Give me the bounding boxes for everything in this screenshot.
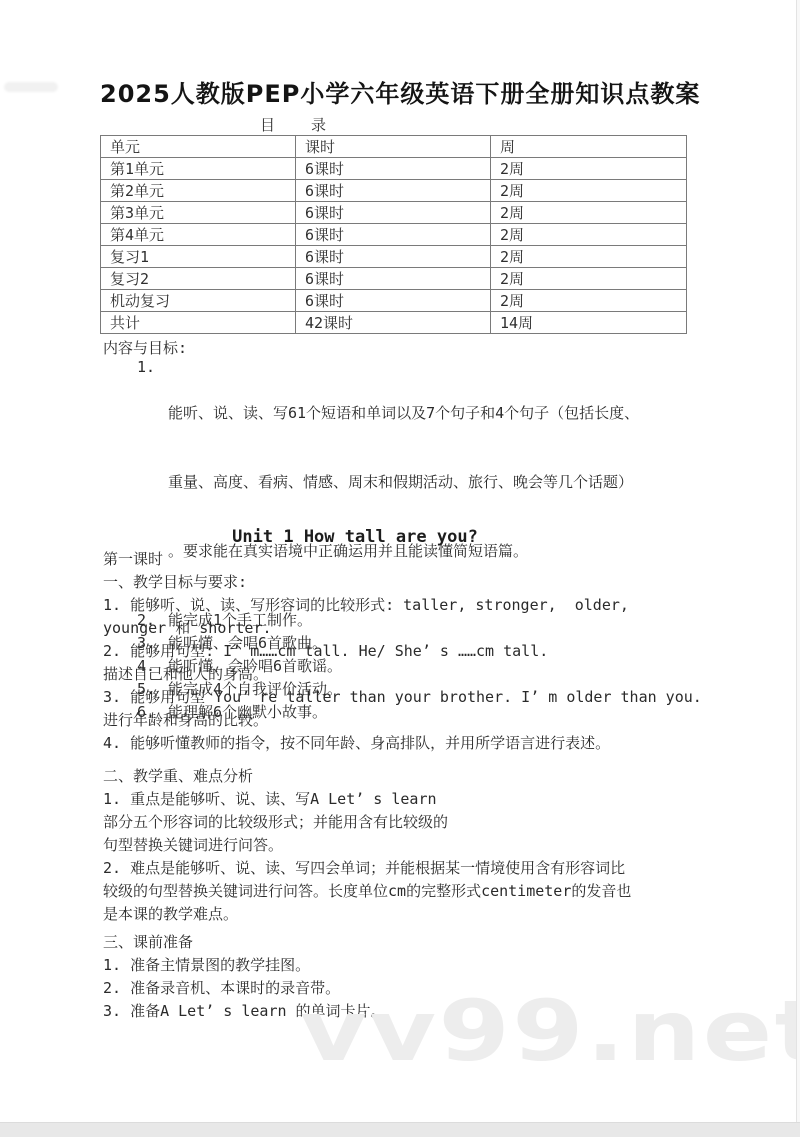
- goals-heading: 内容与目标:: [103, 337, 187, 358]
- body-line: 2. 难点是能够听、说、读、写四会单词；并能根据某一情境使用含有形容词比: [103, 857, 703, 880]
- document-page: 2025人教版PEP小学六年级英语下册全册知识点教案 目 录 单元 课时 周 第…: [0, 0, 800, 1137]
- unit-body: 第一课时 一、教学目标与要求: 1. 能够听、说、读、写形容词的比较形式: ta…: [103, 548, 703, 1023]
- body-line: 描述自己和他人的身高。: [103, 663, 703, 686]
- body-line: 较级的句型替换关键词进行问答。长度单位cm的完整形式centimeter的发音也: [103, 880, 703, 903]
- table-cell: 42课时: [296, 312, 491, 334]
- body-line: 4. 能够听懂教师的指令，按不同年龄、身高排队，并用所学语言进行表述。: [103, 732, 703, 755]
- section-heading: 三、课前准备: [103, 931, 703, 954]
- table-cell: 6课时: [296, 224, 491, 246]
- table-cell: 共计: [101, 312, 296, 334]
- table-cell: 2周: [491, 290, 687, 312]
- table-cell: 第4单元: [101, 224, 296, 246]
- table-cell: 6课时: [296, 158, 491, 180]
- table-cell: 6课时: [296, 246, 491, 268]
- scan-smudge: [4, 82, 58, 92]
- table-row: 第1单元 6课时 2周: [101, 158, 687, 180]
- section-heading: 二、教学重、难点分析: [103, 765, 703, 788]
- table-cell: 2周: [491, 202, 687, 224]
- table-row: 第3单元 6课时 2周: [101, 202, 687, 224]
- table-cell: 6课时: [296, 290, 491, 312]
- table-row: 复习1 6课时 2周: [101, 246, 687, 268]
- goal-line: 重量、高度、看病、情感、周末和假期活动、旅行、晚会等几个话题）: [168, 471, 639, 494]
- table-cell: 2周: [491, 246, 687, 268]
- body-line: 是本课的教学难点。: [103, 903, 703, 926]
- body-line: 1. 重点是能够听、说、读、写A Let’ s learn: [103, 788, 703, 811]
- table-cell: 2周: [491, 268, 687, 290]
- section-heading: 一、教学目标与要求:: [103, 571, 703, 594]
- lesson-title: 第一课时: [103, 548, 703, 571]
- toc-heading: 目 录: [103, 114, 483, 135]
- table-cell: 6课时: [296, 180, 491, 202]
- table-header-cell: 周: [491, 136, 687, 158]
- body-line: 进行年龄和身高的比较。: [103, 709, 703, 732]
- table-cell: 第3单元: [101, 202, 296, 224]
- table-cell: 第2单元: [101, 180, 296, 202]
- page-edge-line: [796, 0, 797, 1122]
- table-cell: 2周: [491, 224, 687, 246]
- table-cell: 复习2: [101, 268, 296, 290]
- table-cell: 14周: [491, 312, 687, 334]
- table-cell: 第1单元: [101, 158, 296, 180]
- body-line: 1. 能够听、说、读、写形容词的比较形式: taller, stronger, …: [103, 594, 703, 617]
- table-cell: 复习1: [101, 246, 296, 268]
- table-row: 复习2 6课时 2周: [101, 268, 687, 290]
- table-cell: 2周: [491, 158, 687, 180]
- body-line: 1. 准备主情景图的教学挂图。: [103, 954, 703, 977]
- table-row: 共计 42课时 14周: [101, 312, 687, 334]
- table-row: 机动复习 6课时 2周: [101, 290, 687, 312]
- table-header-cell: 课时: [296, 136, 491, 158]
- table-header-row: 单元 课时 周: [101, 136, 687, 158]
- watermark: vv99.net: [300, 982, 800, 1080]
- page-title: 2025人教版PEP小学六年级英语下册全册知识点教案: [100, 74, 686, 109]
- table-cell: 机动复习: [101, 290, 296, 312]
- table-cell: 6课时: [296, 202, 491, 224]
- body-line: younger 和 shorter.: [103, 617, 703, 640]
- table-header-cell: 单元: [101, 136, 296, 158]
- bottom-bar: [0, 1122, 800, 1137]
- table-row: 第2单元 6课时 2周: [101, 180, 687, 202]
- body-line: 句型替换关键词进行问答。: [103, 834, 703, 857]
- goal-line: 能听、说、读、写61个短语和单词以及7个句子和4个句子（包括长度、: [168, 402, 639, 425]
- unit-heading: Unit 1 How tall are you?: [100, 527, 610, 547]
- table-cell: 6课时: [296, 268, 491, 290]
- toc-table: 单元 课时 周 第1单元 6课时 2周 第2单元 6课时 2周 第3单元 6课时…: [100, 135, 687, 334]
- body-line: 部分五个形容词的比较级形式；并能用含有比较级的: [103, 811, 703, 834]
- body-line: 2. 能够用句型: I’ m……cm tall. He/ She’ s ……cm…: [103, 640, 703, 663]
- table-row: 第4单元 6课时 2周: [101, 224, 687, 246]
- table-cell: 2周: [491, 180, 687, 202]
- body-line: 3. 能够用句型 You’ re taller than your brothe…: [103, 686, 703, 709]
